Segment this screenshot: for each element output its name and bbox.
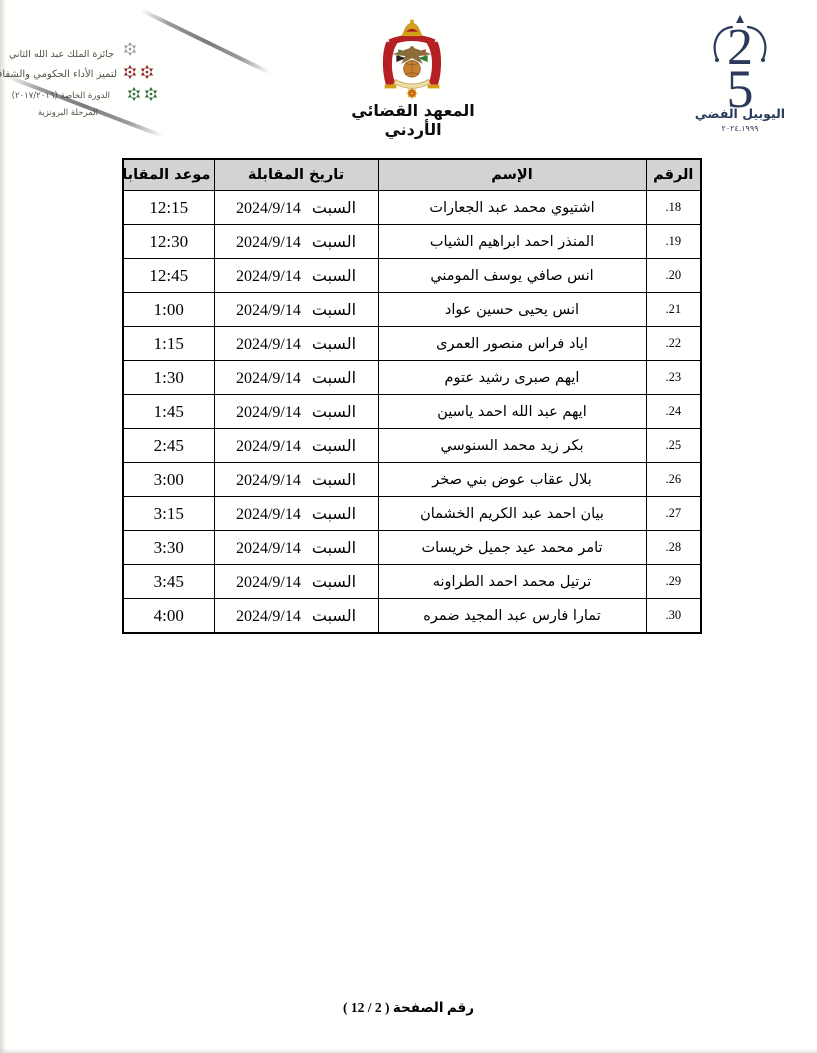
award-line-1: جائزة الملك عبد الله الثاني bbox=[9, 49, 114, 60]
cell-date: السبت 2024/9/14 bbox=[214, 463, 378, 497]
cell-number: 26. bbox=[646, 463, 701, 497]
cell-date: السبت 2024/9/14 bbox=[214, 599, 378, 634]
cell-number: 28. bbox=[646, 531, 701, 565]
table-row: 24. ايهم عبد الله احمد ياسين السبت 2024/… bbox=[123, 395, 701, 429]
red-star-icon bbox=[140, 65, 154, 79]
cell-number: 24. bbox=[646, 395, 701, 429]
award-line-3: الدورة الخاصة (٢٠١٧/٢٠١٦) bbox=[12, 91, 110, 101]
table-header-row: الرقم الإسم تاريخ المقابلة موعد المقابلة bbox=[123, 159, 701, 191]
table-row: 26. بلال عقاب عوض بني صخر السبت 2024/9/1… bbox=[123, 463, 701, 497]
jubilee-years: ٢٠٢٤.١٩٩٩ bbox=[690, 124, 790, 133]
cell-date: السبت 2024/9/14 bbox=[214, 259, 378, 293]
cell-time: 3:30 bbox=[123, 531, 214, 565]
cell-number: 20. bbox=[646, 259, 701, 293]
cell-number: 22. bbox=[646, 327, 701, 361]
cell-time: 12:45 bbox=[123, 259, 214, 293]
table-row: 20. انس صافي يوسف المومني السبت 2024/9/1… bbox=[123, 259, 701, 293]
table-row: 23. ايهم صبرى رشيد عتوم السبت 2024/9/14 … bbox=[123, 361, 701, 395]
cell-number: 25. bbox=[646, 429, 701, 463]
cell-number: 21. bbox=[646, 293, 701, 327]
cell-date: السبت 2024/9/14 bbox=[214, 497, 378, 531]
green-star-icon bbox=[144, 87, 158, 101]
cell-name: ايهم عبد الله احمد ياسين bbox=[378, 395, 646, 429]
cell-date: السبت 2024/9/14 bbox=[214, 293, 378, 327]
cell-name: بلال عقاب عوض بني صخر bbox=[378, 463, 646, 497]
table-row: 30. تمارا فارس عبد المجيد ضمره السبت 202… bbox=[123, 599, 701, 634]
table-row: 22. اياد فراس منصور العمرى السبت 2024/9/… bbox=[123, 327, 701, 361]
cell-time: 1:45 bbox=[123, 395, 214, 429]
cell-time: 3:45 bbox=[123, 565, 214, 599]
cell-name: تمارا فارس عبد المجيد ضمره bbox=[378, 599, 646, 634]
table-row: 27. بيان احمد عبد الكريم الخشمان السبت 2… bbox=[123, 497, 701, 531]
page-number: رقم الصفحة ( 2 / 12 ) bbox=[0, 1000, 817, 1016]
institute-name-calligraphy: المعهد القضائي الأردني bbox=[338, 101, 488, 139]
cell-name: انس صافي يوسف المومني bbox=[378, 259, 646, 293]
scan-edge-left bbox=[0, 0, 6, 1053]
cell-name: اياد فراس منصور العمرى bbox=[378, 327, 646, 361]
cell-time: 12:15 bbox=[123, 191, 214, 225]
cell-time: 3:15 bbox=[123, 497, 214, 531]
cell-date: السبت 2024/9/14 bbox=[214, 565, 378, 599]
cell-time: 2:45 bbox=[123, 429, 214, 463]
gray-star-icon bbox=[123, 42, 137, 56]
table-row: 29. ترتيل محمد احمد الطراونه السبت 2024/… bbox=[123, 565, 701, 599]
cell-number: 29. bbox=[646, 565, 701, 599]
cell-name: تامر محمد عيد جميل خريسات bbox=[378, 531, 646, 565]
cell-time: 1:15 bbox=[123, 327, 214, 361]
cell-name: المنذر احمد ابراهيم الشياب bbox=[378, 225, 646, 259]
green-star-icon bbox=[127, 87, 141, 101]
award-line-4: المرحلة البرونزية bbox=[38, 108, 98, 118]
schedule-table-body: 18. اشتيوي محمد عبد الجعارات السبت 2024/… bbox=[123, 191, 701, 634]
cell-time: 3:00 bbox=[123, 463, 214, 497]
cell-number: 27. bbox=[646, 497, 701, 531]
table-row: 18. اشتيوي محمد عبد الجعارات السبت 2024/… bbox=[123, 191, 701, 225]
cell-name: ترتيل محمد احمد الطراونه bbox=[378, 565, 646, 599]
interview-schedule-table: الرقم الإسم تاريخ المقابلة موعد المقابلة… bbox=[122, 158, 702, 634]
silver-jubilee-logo: 2 5 اليوبيل الفضي ٢٠٢٤.١٩٩٩ bbox=[690, 14, 790, 133]
jubilee-title: اليوبيل الفضي bbox=[690, 106, 790, 121]
king-abdullah-award-logo: جائزة الملك عبد الله الثاني لتميز الأداء… bbox=[8, 40, 170, 135]
cell-date: السبت 2024/9/14 bbox=[214, 429, 378, 463]
jubilee-digit-5: 5 bbox=[727, 59, 754, 110]
award-line-2: لتميز الأداء الحكومي والشفافية bbox=[0, 69, 117, 80]
cell-time: 4:00 bbox=[123, 599, 214, 634]
cell-date: السبت 2024/9/14 bbox=[214, 327, 378, 361]
cell-time: 12:30 bbox=[123, 225, 214, 259]
cell-name: اشتيوي محمد عبد الجعارات bbox=[378, 191, 646, 225]
scan-edge-bottom bbox=[0, 1048, 817, 1053]
cell-date: السبت 2024/9/14 bbox=[214, 531, 378, 565]
cell-number: 19. bbox=[646, 225, 701, 259]
cell-number: 18. bbox=[646, 191, 701, 225]
table-row: 19. المنذر احمد ابراهيم الشياب السبت 202… bbox=[123, 225, 701, 259]
col-header-time: موعد المقابلة bbox=[123, 159, 214, 191]
document-page: جائزة الملك عبد الله الثاني لتميز الأداء… bbox=[0, 0, 817, 1053]
cell-name: بيان احمد عبد الكريم الخشمان bbox=[378, 497, 646, 531]
cell-number: 30. bbox=[646, 599, 701, 634]
table-row: 25. بكر زيد محمد السنوسي السبت 2024/9/14… bbox=[123, 429, 701, 463]
jordan-coat-of-arms-icon bbox=[368, 18, 456, 106]
cell-number: 23. bbox=[646, 361, 701, 395]
col-header-number: الرقم bbox=[646, 159, 701, 191]
cell-date: السبت 2024/9/14 bbox=[214, 191, 378, 225]
col-header-date: تاريخ المقابلة bbox=[214, 159, 378, 191]
table-row: 28. تامر محمد عيد جميل خريسات السبت 2024… bbox=[123, 531, 701, 565]
cell-time: 1:00 bbox=[123, 293, 214, 327]
jubilee-25-monogram-icon: 2 5 bbox=[704, 14, 776, 110]
cell-date: السبت 2024/9/14 bbox=[214, 225, 378, 259]
red-star-icon bbox=[123, 65, 137, 79]
cell-name: بكر زيد محمد السنوسي bbox=[378, 429, 646, 463]
cell-name: انس يحيى حسين عواد bbox=[378, 293, 646, 327]
table-row: 21. انس يحيى حسين عواد السبت 2024/9/14 1… bbox=[123, 293, 701, 327]
col-header-name: الإسم bbox=[378, 159, 646, 191]
cell-date: السبت 2024/9/14 bbox=[214, 361, 378, 395]
cell-date: السبت 2024/9/14 bbox=[214, 395, 378, 429]
cell-time: 1:30 bbox=[123, 361, 214, 395]
cell-name: ايهم صبرى رشيد عتوم bbox=[378, 361, 646, 395]
